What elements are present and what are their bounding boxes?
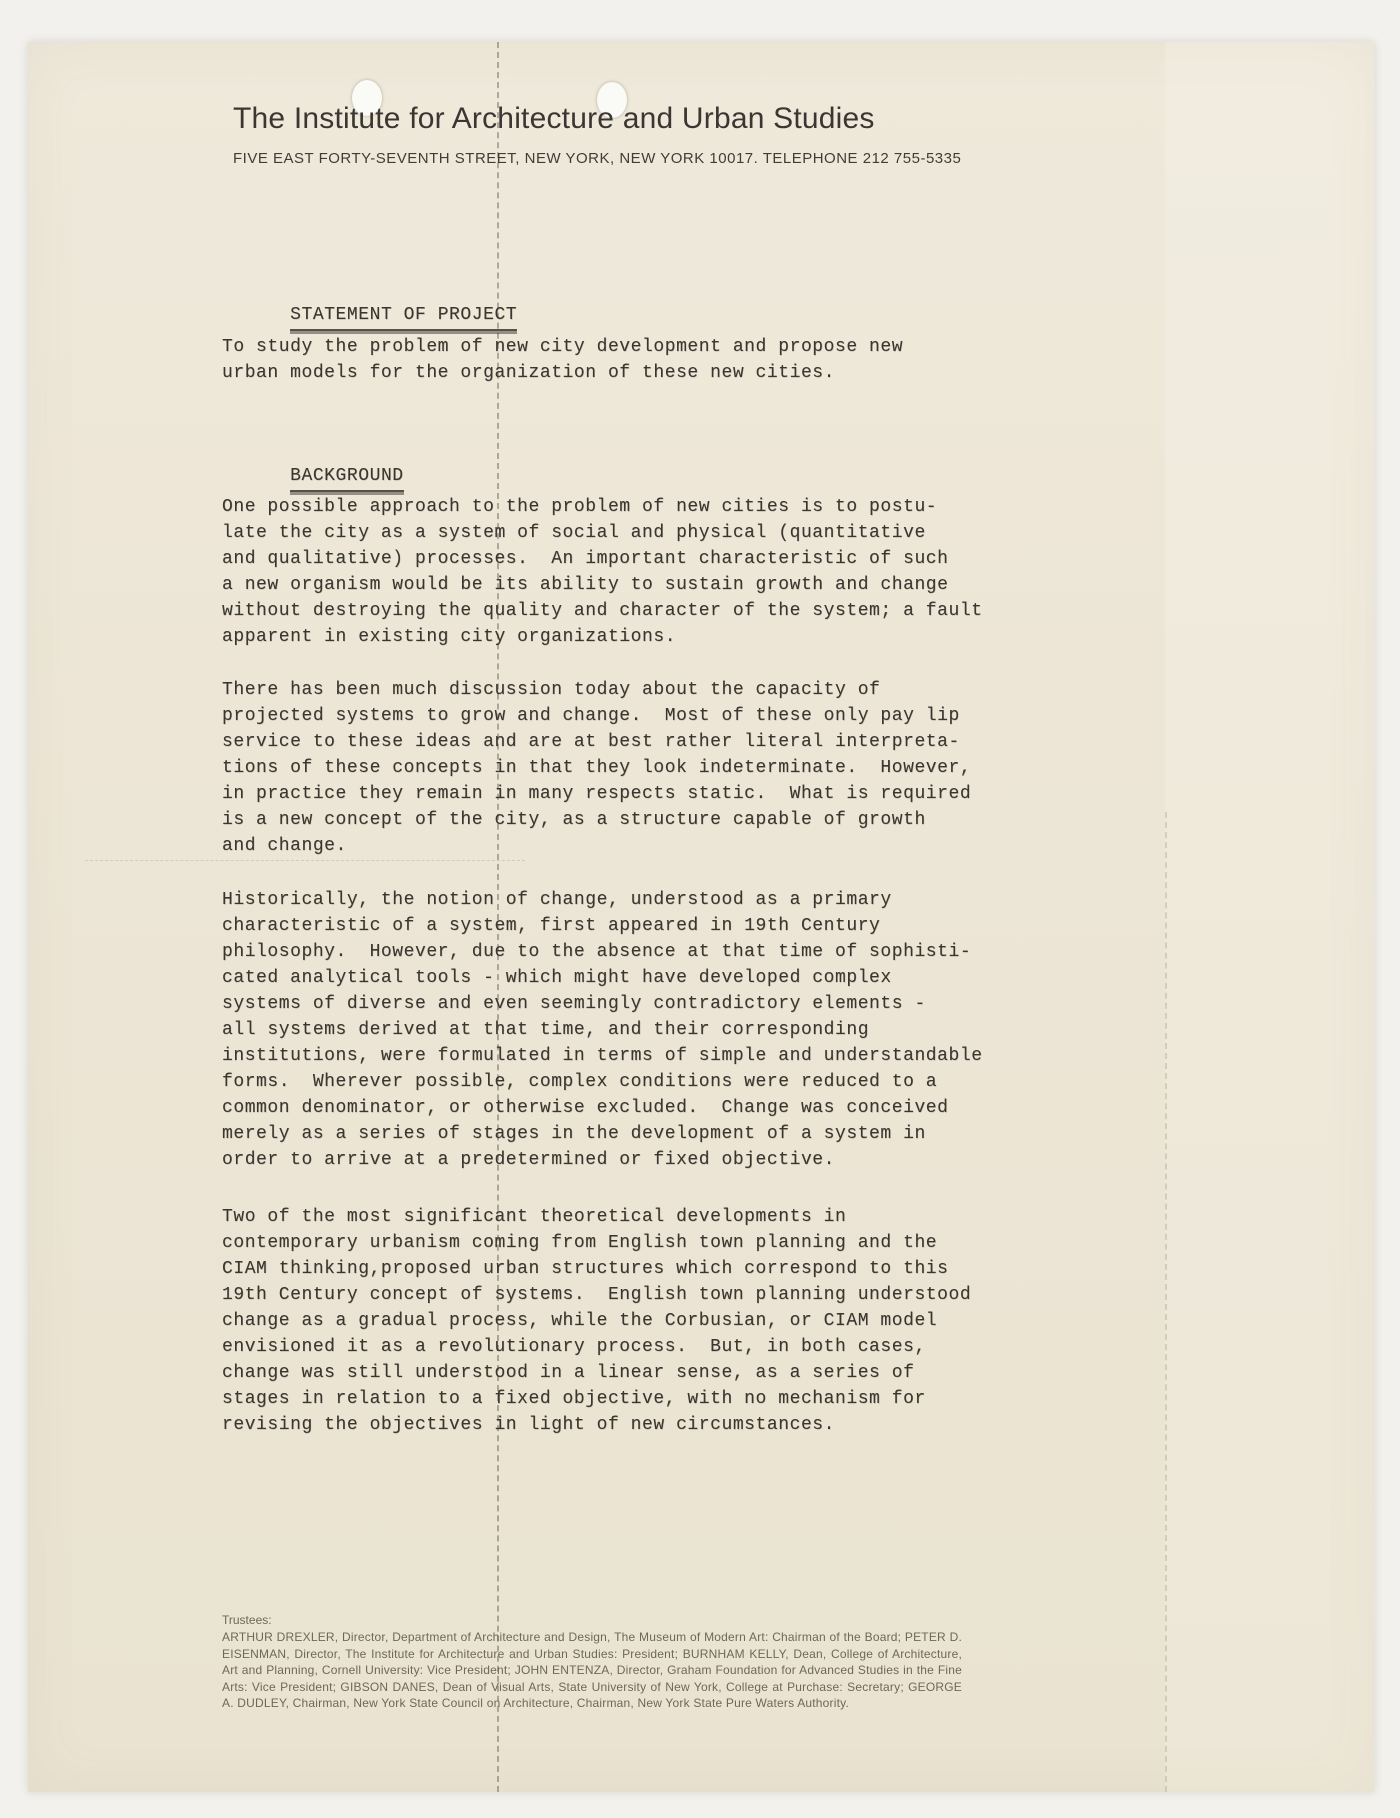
background-heading-text: BACKGROUND: [290, 463, 404, 492]
letterhead-title: The Institute for Architecture and Urban…: [233, 102, 1053, 136]
background-paragraph-1: One possible approach to the problem of …: [222, 494, 1012, 650]
trustees-list: ARTHUR DREXLER, Director, Department of …: [222, 1629, 962, 1712]
paper-right-strip-shading: [1165, 42, 1374, 1792]
background-paragraph-4: Two of the most significant theoretical …: [222, 1204, 1012, 1438]
letter-paper: The Institute for Architecture and Urban…: [28, 42, 1374, 1792]
trustees-label: Trustees:: [222, 1612, 962, 1628]
letterhead-address: FIVE EAST FORTY-SEVENTH STREET, NEW YORK…: [233, 150, 1053, 167]
background-paragraph-3: Historically, the notion of change, unde…: [222, 887, 1012, 1173]
background-paragraph-2: There has been much discussion today abo…: [222, 677, 1012, 859]
statement-body: To study the problem of new city develop…: [222, 334, 1012, 386]
statement-of-project-heading-text: STATEMENT OF PROJECT: [290, 302, 517, 331]
horizontal-fold-line: [85, 860, 525, 861]
scanned-document-page: The Institute for Architecture and Urban…: [0, 0, 1400, 1818]
vertical-fold-line-right: [1165, 812, 1167, 1792]
